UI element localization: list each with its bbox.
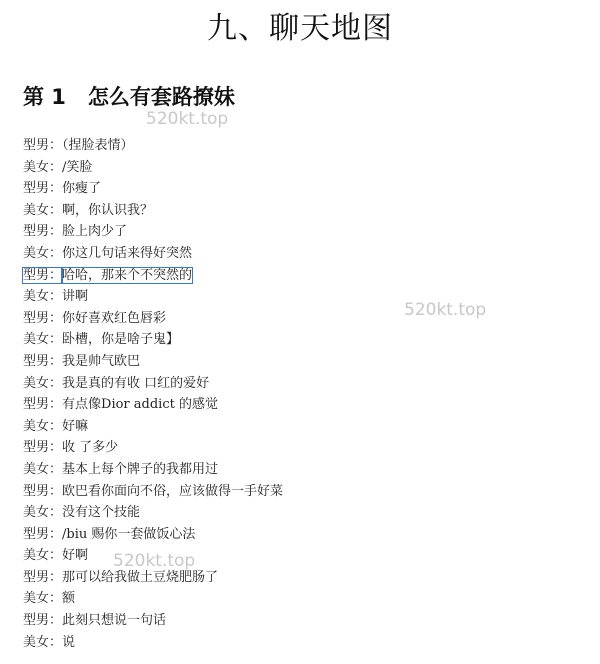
utterance-text: 你瘦了 — [62, 181, 101, 196]
dialogue-line-selected[interactable]: 型男：哈哈，那来个不突然的 — [23, 265, 283, 287]
utterance-text: （捏脸表情） — [62, 138, 134, 153]
speaker-label: 型男： — [23, 397, 62, 412]
dialogue-line[interactable]: 美女：说 — [23, 632, 283, 654]
utterance-text: 额 — [62, 591, 75, 606]
dialogue-line[interactable]: 美女：好啊 — [23, 545, 283, 567]
watermark: 520kt.top — [146, 109, 228, 129]
page-title: 九、聊天地图 — [0, 9, 600, 49]
speaker-label: 美女： — [23, 332, 62, 347]
dialogue-line[interactable]: 型男：/biu 赐你一套做饭心法 — [23, 524, 283, 546]
utterance-text: 脸上肉少了 — [62, 224, 127, 239]
speaker-label: 型男： — [23, 311, 62, 326]
speaker-label: 美女： — [23, 505, 62, 520]
utterance-text: 我是真的有收 口红的爱好 — [62, 376, 209, 391]
utterance-text: 我是帅气欧巴 — [62, 354, 140, 369]
utterance-text: 好啊 — [62, 548, 88, 563]
dialogue-line[interactable]: 美女：没有这个技能 — [23, 502, 283, 524]
speaker-label: 型男： — [23, 527, 62, 542]
dialogue-line[interactable]: 型男：此刻只想说一句话 — [23, 610, 283, 632]
speaker-label: 型男： — [23, 138, 62, 153]
speaker-label: 美女： — [23, 419, 62, 434]
utterance-text: 基本上每个牌子的我都用过 — [62, 462, 218, 477]
speaker-label: 型男： — [23, 268, 62, 283]
dialogue-line[interactable]: 型男：你瘦了 — [23, 178, 283, 200]
speaker-label: 美女： — [23, 462, 62, 477]
utterance-text: /biu 赐你一套做饭心法 — [62, 527, 195, 542]
dialogue-line[interactable]: 美女：你这几句话来得好突然 — [23, 243, 283, 265]
utterance-text: 没有这个技能 — [62, 505, 140, 520]
dialogue-line[interactable]: 型男：那可以给我做土豆烧肥肠了 — [23, 567, 283, 589]
utterance-text: 讲啊 — [62, 289, 88, 304]
speaker-label: 型男： — [23, 613, 62, 628]
dialogue-line[interactable]: 美女：基本上每个牌子的我都用过 — [23, 459, 283, 481]
section-heading: 第 1 怎么有套路撩妹 — [23, 84, 235, 110]
utterance-text: 那可以给我做土豆烧肥肠了 — [62, 570, 218, 585]
speaker-label: 美女： — [23, 203, 62, 218]
speaker-label: 美女： — [23, 548, 62, 563]
utterance-text: 你好喜欢红色唇彩 — [62, 311, 166, 326]
speaker-label: 美女： — [23, 376, 62, 391]
dialogue-line[interactable]: 型男：（捏脸表情） — [23, 135, 283, 157]
speaker-label: 美女： — [23, 591, 62, 606]
utterance-text: 说 — [62, 635, 75, 650]
dialogue-line[interactable]: 型男：欧巴看你面向不俗，应该做得一手好菜 — [23, 481, 283, 503]
utterance-text: 有点像Dior addict 的感觉 — [62, 397, 218, 412]
speaker-label: 型男： — [23, 181, 62, 196]
dialogue-line[interactable]: 美女：好嘛 — [23, 416, 283, 438]
utterance-text: 欧巴看你面向不俗，应该做得一手好菜 — [62, 484, 283, 499]
dialogue-list: 型男：（捏脸表情） 美女：/笑脸 型男：你瘦了 美女：啊，你认识我？ 型男：脸上… — [23, 135, 283, 653]
dialogue-line[interactable]: 美女：额 — [23, 588, 283, 610]
dialogue-line[interactable]: 美女：卧槽，你是啥子鬼】 — [23, 329, 283, 351]
speaker-label: 型男： — [23, 570, 62, 585]
utterance-text: 此刻只想说一句话 — [62, 613, 166, 628]
utterance-text: /笑脸 — [62, 160, 92, 175]
utterance-text: 你这几句话来得好突然 — [62, 246, 192, 261]
speaker-label: 型男： — [23, 354, 62, 369]
dialogue-line[interactable]: 型男：有点像Dior addict 的感觉 — [23, 394, 283, 416]
dialogue-line[interactable]: 型男：收 了多少 — [23, 437, 283, 459]
speaker-label: 型男： — [23, 224, 62, 239]
speaker-label: 美女： — [23, 160, 62, 175]
dialogue-line[interactable]: 美女：讲啊 — [23, 286, 283, 308]
speaker-label: 型男： — [23, 484, 62, 499]
dialogue-line[interactable]: 美女：啊，你认识我？ — [23, 200, 283, 222]
dialogue-line[interactable]: 美女：/笑脸 — [23, 157, 283, 179]
dialogue-line[interactable]: 型男：我是帅气欧巴 — [23, 351, 283, 373]
speaker-label: 美女： — [23, 635, 62, 650]
speaker-label: 型男： — [23, 440, 62, 455]
utterance-text: 啊，你认识我？ — [62, 203, 153, 218]
dialogue-line[interactable]: 美女：我是真的有收 口红的爱好 — [23, 373, 283, 395]
utterance-text: 哈哈，那来个不突然的 — [62, 268, 192, 283]
utterance-text: 卧槽，你是啥子鬼】 — [62, 332, 179, 347]
watermark: 520kt.top — [404, 300, 486, 320]
dialogue-line[interactable]: 型男：你好喜欢红色唇彩 — [23, 308, 283, 330]
utterance-text: 好嘛 — [62, 419, 88, 434]
dialogue-line[interactable]: 型男：脸上肉少了 — [23, 221, 283, 243]
speaker-label: 美女： — [23, 289, 62, 304]
speaker-label: 美女： — [23, 246, 62, 261]
utterance-text: 收 了多少 — [62, 440, 118, 455]
